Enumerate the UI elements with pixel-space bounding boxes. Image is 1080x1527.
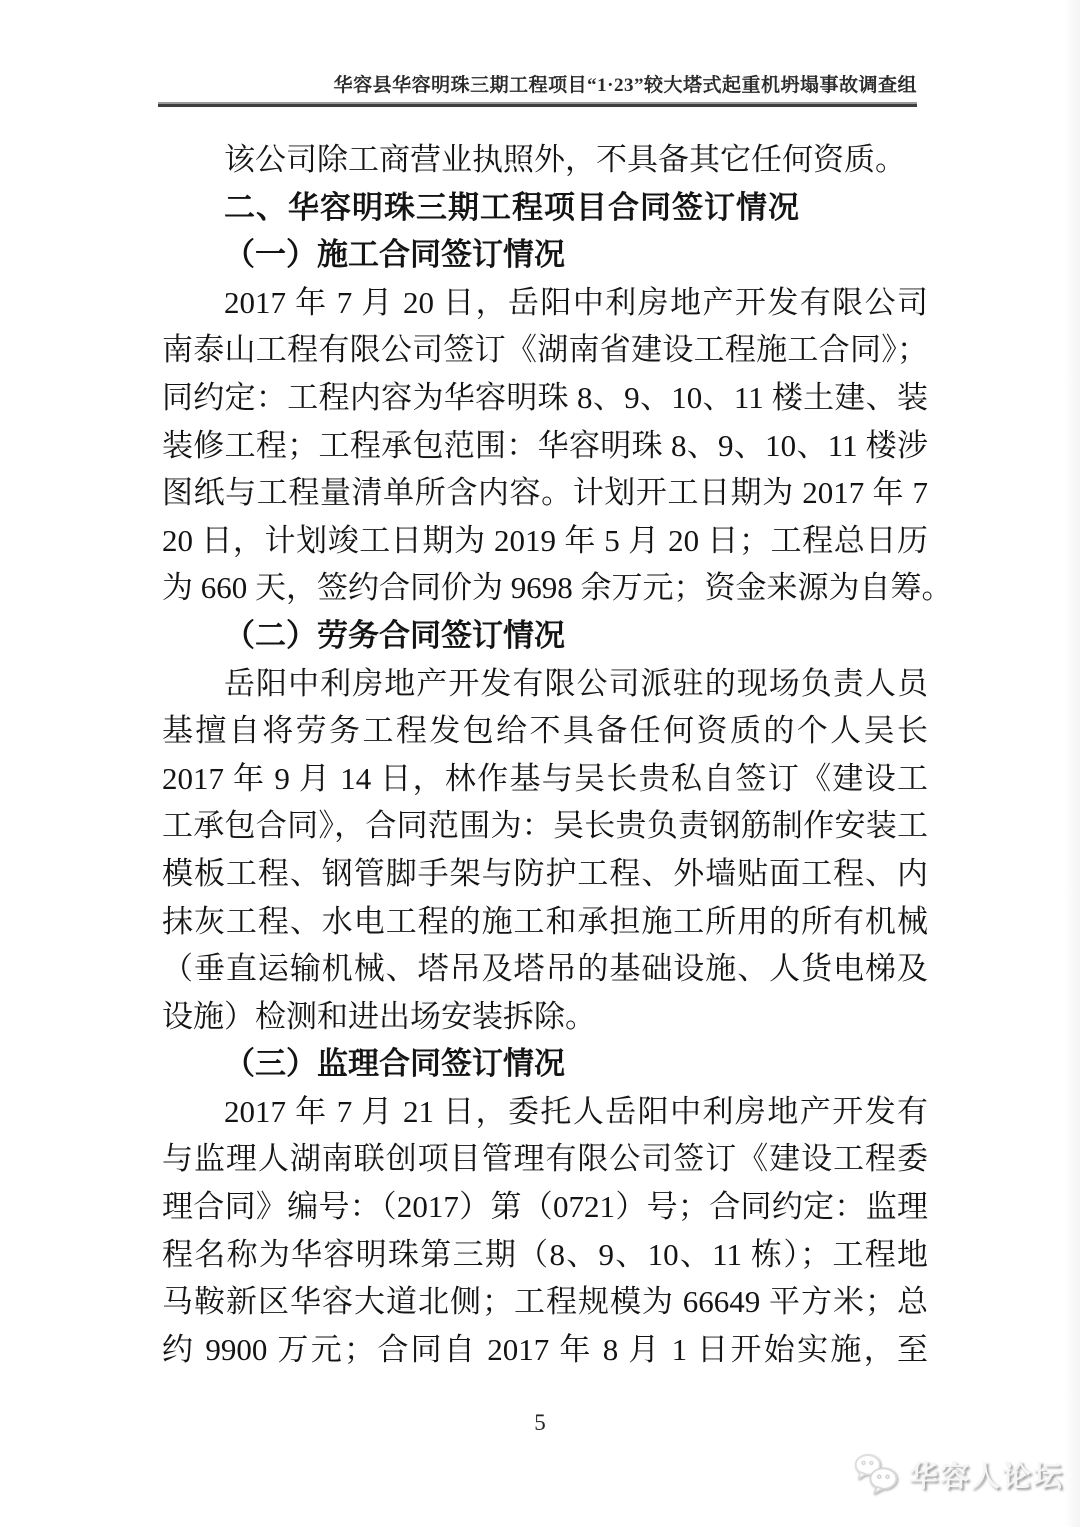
text-line: 20 日，计划竣工日期为 2019 年 5 月 20 日；工程总日历天数 [162, 517, 928, 565]
header-rule [158, 102, 917, 107]
document-page: 华容县华容明珠三期工程项目“1·23”较大塔式起重机坍塌事故调查组 该公司除工商… [0, 0, 1080, 1527]
watermark: 华容人论坛 [852, 1452, 1064, 1496]
document-body: 该公司除工商营业执照外，不具备其它任何资质。二、华容明珠三期工程项目合同签订情况… [162, 136, 928, 1373]
text-line: 抹灰工程、水电工程的施工和承担施工所用的所有机械设备 [162, 898, 928, 946]
wechat-chat-bubbles-icon [852, 1452, 900, 1496]
header-title: 华容县华容明珠三期工程项目“1·23”较大塔式起重机坍塌事故调查组 [158, 70, 917, 97]
text-line: 工承包合同》，合同范围为：吴长贵负责钢筋制作安装工程、 [162, 802, 928, 850]
text-line: 与监理人湖南联创项目管理有限公司签订《建设工程委托监 [162, 1135, 928, 1183]
text-line: （垂直运输机械、塔吊及塔吊的基础设施、人货电梯及基础 [162, 945, 928, 993]
subsection-heading: （二）劳务合同签订情况 [162, 612, 928, 660]
text-line: 约 9900 万元；合同自 2017 年 8 月 1 日开始实施，至 2019 [162, 1326, 928, 1374]
subsection-heading: （一）施工合同签订情况 [162, 231, 928, 279]
text-line: 程名称为华容明珠第三期（8、9、10、11 栋）；工程地点为 [162, 1231, 928, 1279]
text-line: 设施）检测和进出场安装拆除。 [162, 993, 928, 1041]
text-line: 南泰山工程有限公司签订《湖南省建设工程施工合同》；合 [162, 326, 928, 374]
text-line: 装修工程；工程承包范围：华容明珠 8、9、10、11 楼涉及 [162, 422, 928, 470]
text-line: 图纸与工程量清单所含内容。计划开工日期为 2017 年 7 月 [162, 469, 928, 517]
text-line: 马鞍新区华容大道北侧；工程规模为 66649 平方米；总投资 [162, 1278, 928, 1326]
watermark-text: 华容人论坛 [909, 1454, 1064, 1495]
text-line: 2017 年 7 月 21 日，委托人岳阳中利房地产开发有限公司 [162, 1088, 928, 1136]
page-number: 5 [0, 1410, 1080, 1436]
text-line: 2017 年 9 月 14 日，林作基与吴长贵私自签订《建设工程施 [162, 755, 928, 803]
text-line: 为 660 天，签约合同价为 9698 余万元；资金来源为自筹。 [162, 564, 928, 612]
section-heading: 二、华容明珠三期工程项目合同签订情况 [162, 184, 928, 232]
text-line: 2017 年 7 月 20 日，岳阳中利房地产开发有限公司与湖 [162, 279, 928, 327]
text-line: 同约定：工程内容为华容明珠 8、9、10、11 楼土建、装饰 [162, 374, 928, 422]
text-line: 理合同》编号：（2017）第（0721）号；合同约定：监理工 [162, 1183, 928, 1231]
text-line: 基擅自将劳务工程发包给不具备任何资质的个人吴长贵。 [162, 707, 928, 755]
text-line: 岳阳中利房地产开发有限公司派驻的现场负责人员林作 [162, 660, 928, 708]
text-line: 模板工程、钢管脚手架与防护工程、外墙贴面工程、内外墙 [162, 850, 928, 898]
text-line: 该公司除工商营业执照外，不具备其它任何资质。 [162, 136, 928, 184]
subsection-heading: （三）监理合同签订情况 [162, 1040, 928, 1088]
